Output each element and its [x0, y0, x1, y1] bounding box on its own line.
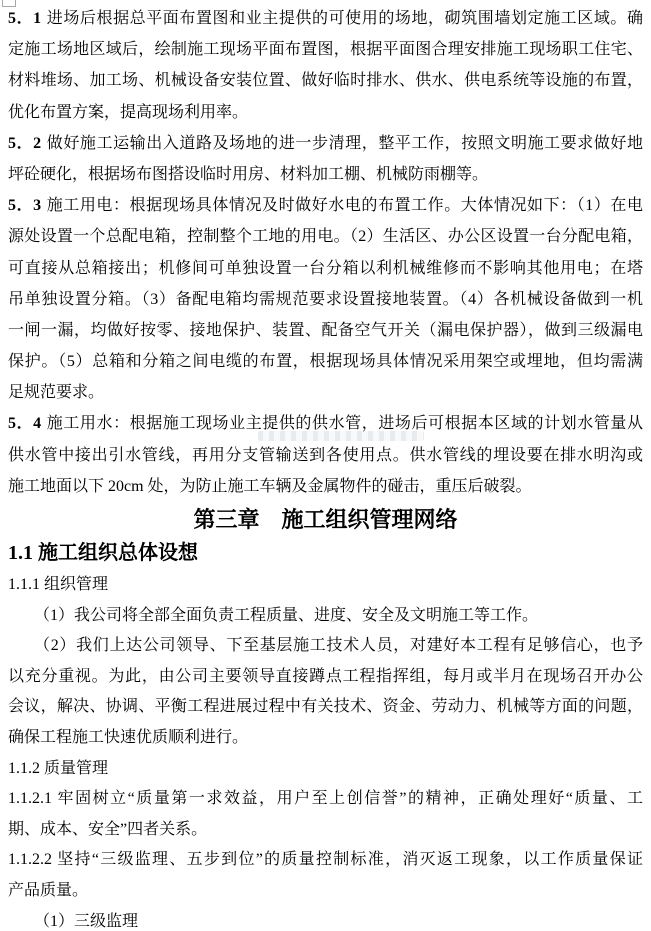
paragraph: 5．3施工用电：根据现场具体情况及时做好水电的布置工作。大体情况如下：（1）在电… — [8, 190, 643, 408]
text-line: 材料堆场、加工场、机械设备安装位置、做好临时排水、供水、供电系统等设施的布置， — [8, 65, 643, 96]
paragraph: 5．2做好施工运输出入道路及场地的进一步清理，整平工作，按照文明施工要求做好地坪… — [8, 128, 643, 190]
text-line: 坪砼硬化，根据场布图搭设临时用房、材料加工棚、机械防雨棚等。 — [8, 159, 643, 190]
text-line: 吊单独设置分箱。（3）备配电箱均需规范要求设置接地装置。（4）各机械设备做到一机 — [8, 284, 643, 315]
text-line: 5．2做好施工运输出入道路及场地的进一步清理，整平工作，按照文明施工要求做好地 — [8, 128, 643, 159]
text-line: 源处设置一个总配电箱，控制整个工地的用电。（2）生活区、办公区设置一台分配电箱， — [8, 221, 643, 252]
text-line: 1.1.2.2 坚持“三级监理、五步到位”的质量控制标准，消灭返工现象，以工作质… — [8, 845, 643, 876]
chapter-title: 第三章 施工组织管理网络 — [8, 502, 643, 537]
paragraph-number: 5．2 — [8, 135, 41, 152]
document-body: 5．1进场后根据总平面布置图和业主提供的可使用的场地，砌筑围墙划定施工区域。确定… — [0, 0, 651, 931]
text-line: 优化布置方案，提高现场利用率。 — [8, 97, 643, 128]
paragraph-number: 5．1 — [8, 10, 41, 27]
paragraph: 1.1.2.2 坚持“三级监理、五步到位”的质量控制标准，消灭返工现象，以工作质… — [8, 845, 643, 906]
text-line: 一闸一漏，均做好按零、接地保护、装置、配备空气开关（漏电保护器），做到三级漏电 — [8, 315, 643, 346]
paragraph: （1）三级监理 — [8, 907, 643, 931]
text-line: 期、成本、安全”四者关系。 — [8, 815, 643, 846]
text-line: 定施工场地区域后，绘制施工现场平面布置图，根据平面图合理安排施工现场职工住宅、 — [8, 34, 643, 65]
text-line: （1）三级监理 — [8, 907, 643, 931]
document-page: { "page": { "background": "#ffffff", "te… — [0, 0, 651, 931]
paragraph: 1.1.2.1 牢固树立“质量第一求效益，用户至上创信誉”的精神，正确处理好“质… — [8, 784, 643, 845]
paragraph: 5．4施工用水：根据施工现场业主提供的供水管，进场后可根据本区域的计划水管量从供… — [8, 408, 643, 502]
text-line: 供水管中接出引水管线，再用分支管输送到各使用点。供水管线的埋设要在排水明沟或 — [8, 440, 643, 471]
subsection-heading: 1.1.2 质量管理 — [8, 754, 643, 785]
paragraph-number: 5．4 — [8, 415, 41, 432]
text-line: 5．1进场后根据总平面布置图和业主提供的可使用的场地，砌筑围墙划定施工区域。确 — [8, 3, 643, 34]
paragraph: （2）我们上达公司领导、下至基层施工技术人员，对建好本工程有足够信心，也予以充分… — [8, 631, 643, 753]
text-line: 以充分重视。为此，由公司主要领导直接蹲点工程指挥组，每月或半月在现场召开办公 — [8, 662, 643, 693]
text-line: 1.1 施工组织总体设想 — [8, 537, 643, 570]
subsection-heading: 1.1.1 组织管理 — [8, 570, 643, 601]
text-line: 保护。（5）总箱和分箱之间电缆的布置，根据现场具体情况采用架空或埋地，但均需满 — [8, 346, 643, 377]
text-line: （2）我们上达公司领导、下至基层施工技术人员，对建好本工程有足够信心，也予 — [8, 631, 643, 662]
text-line: 确保工程施工快速优质顺利进行。 — [8, 723, 643, 754]
text-line: 施工地面以下 20cm 处，为防止施工车辆及金属物件的碰击，重压后破裂。 — [8, 471, 643, 502]
text-line: 足规范要求。 — [8, 377, 643, 408]
paragraph: 5．1进场后根据总平面布置图和业主提供的可使用的场地，砌筑围墙划定施工区域。确定… — [8, 3, 643, 128]
section-heading: 1.1 施工组织总体设想 — [8, 537, 643, 570]
text-line: 5．4施工用水：根据施工现场业主提供的供水管，进场后可根据本区域的计划水管量从 — [8, 408, 643, 439]
paragraph: （1）我公司将全部全面负责工程质量、进度、安全及文明施工等工作。 — [8, 601, 643, 632]
text-line: 会议，解决、协调、平衡工程进展过程中有关技术、资金、劳动力、机械等方面的问题， — [8, 692, 643, 723]
text-line: 5．3施工用电：根据现场具体情况及时做好水电的布置工作。大体情况如下：（1）在电 — [8, 190, 643, 221]
text-line: 第三章 施工组织管理网络 — [8, 502, 643, 537]
text-line: 1.1.2 质量管理 — [8, 754, 643, 785]
text-line: 1.1.2.1 牢固树立“质量第一求效益，用户至上创信誉”的精神，正确处理好“质… — [8, 784, 643, 815]
paragraph-number: 5．3 — [8, 197, 41, 214]
text-line: 1.1.1 组织管理 — [8, 570, 643, 601]
text-line: 产品质量。 — [8, 876, 643, 907]
text-line: （1）我公司将全部全面负责工程质量、进度、安全及文明施工等工作。 — [8, 601, 643, 632]
text-line: 可直接从总箱接出；机修间可单独设置一台分箱以利机械维修而不影响其他用电；在塔 — [8, 253, 643, 284]
